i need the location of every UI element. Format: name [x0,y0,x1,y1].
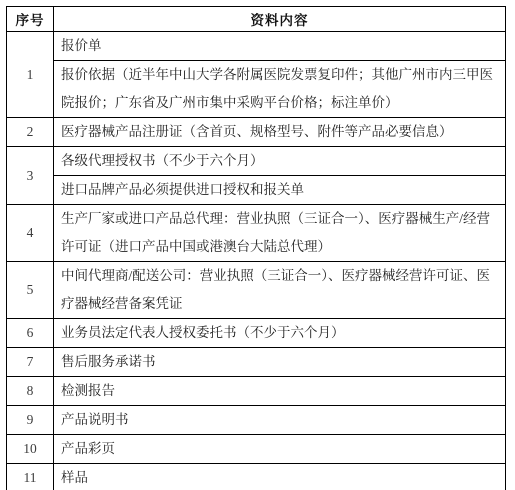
material-item-cell: 中间代理商/配送公司：营业执照（三证合一）、医疗器械经营许可证、医疗器械经营备案… [54,262,506,319]
row-number-cell: 1 [7,32,54,118]
table-row: 进口品牌产品必须提供进口授权和报关单 [7,176,506,205]
table-row: 2医疗器械产品注册证（含首页、规格型号、附件等产品必要信息） [7,118,506,147]
table-row: 7售后服务承诺书 [7,348,506,377]
materials-table-header: 序号 资料内容 [7,7,506,32]
row-number-cell: 2 [7,118,54,147]
row-number-cell: 3 [7,147,54,205]
row-number-cell: 11 [7,464,54,490]
row-number-cell: 9 [7,406,54,435]
table-row: 6业务员法定代表人授权委托书（不少于六个月） [7,319,506,348]
material-item-cell: 产品彩页 [54,435,506,464]
document-page: 序号 资料内容 1报价单报价依据（近半年中山大学各附属医院发票复印件；其他广州市… [0,0,515,490]
table-row: 报价依据（近半年中山大学各附属医院发票复印件；其他广州市内三甲医院报价；广东省及… [7,61,506,118]
row-number-cell: 7 [7,348,54,377]
row-number-cell: 4 [7,205,54,262]
material-item-cell: 各级代理授权书（不少于六个月） [54,147,506,176]
table-row: 4生产厂家或进口产品总代理：营业执照（三证合一）、医疗器械生产/经营许可证（进口… [7,205,506,262]
table-row: 9产品说明书 [7,406,506,435]
header-cell-content: 资料内容 [54,7,506,32]
material-item-cell: 报价单 [54,32,506,61]
table-row: 3各级代理授权书（不少于六个月） [7,147,506,176]
table-row: 8检测报告 [7,377,506,406]
material-item-cell: 医疗器械产品注册证（含首页、规格型号、附件等产品必要信息） [54,118,506,147]
row-number-cell: 5 [7,262,54,319]
row-number-cell: 8 [7,377,54,406]
material-item-cell: 检测报告 [54,377,506,406]
material-item-cell: 产品说明书 [54,406,506,435]
material-item-cell: 样品 [54,464,506,490]
material-item-cell: 报价依据（近半年中山大学各附属医院发票复印件；其他广州市内三甲医院报价；广东省及… [54,61,506,118]
header-row: 序号 资料内容 [7,7,506,32]
material-item-cell: 业务员法定代表人授权委托书（不少于六个月） [54,319,506,348]
material-item-cell: 生产厂家或进口产品总代理：营业执照（三证合一）、医疗器械生产/经营许可证（进口产… [54,205,506,262]
table-row: 1报价单 [7,32,506,61]
material-item-cell: 售后服务承诺书 [54,348,506,377]
material-item-cell: 进口品牌产品必须提供进口授权和报关单 [54,176,506,205]
materials-table: 序号 资料内容 1报价单报价依据（近半年中山大学各附属医院发票复印件；其他广州市… [6,6,506,490]
row-number-cell: 6 [7,319,54,348]
table-row: 5中间代理商/配送公司：营业执照（三证合一）、医疗器械经营许可证、医疗器械经营备… [7,262,506,319]
header-cell-no: 序号 [7,7,54,32]
table-row: 11样品 [7,464,506,490]
materials-table-body: 1报价单报价依据（近半年中山大学各附属医院发票复印件；其他广州市内三甲医院报价；… [7,32,506,490]
table-row: 10产品彩页 [7,435,506,464]
row-number-cell: 10 [7,435,54,464]
